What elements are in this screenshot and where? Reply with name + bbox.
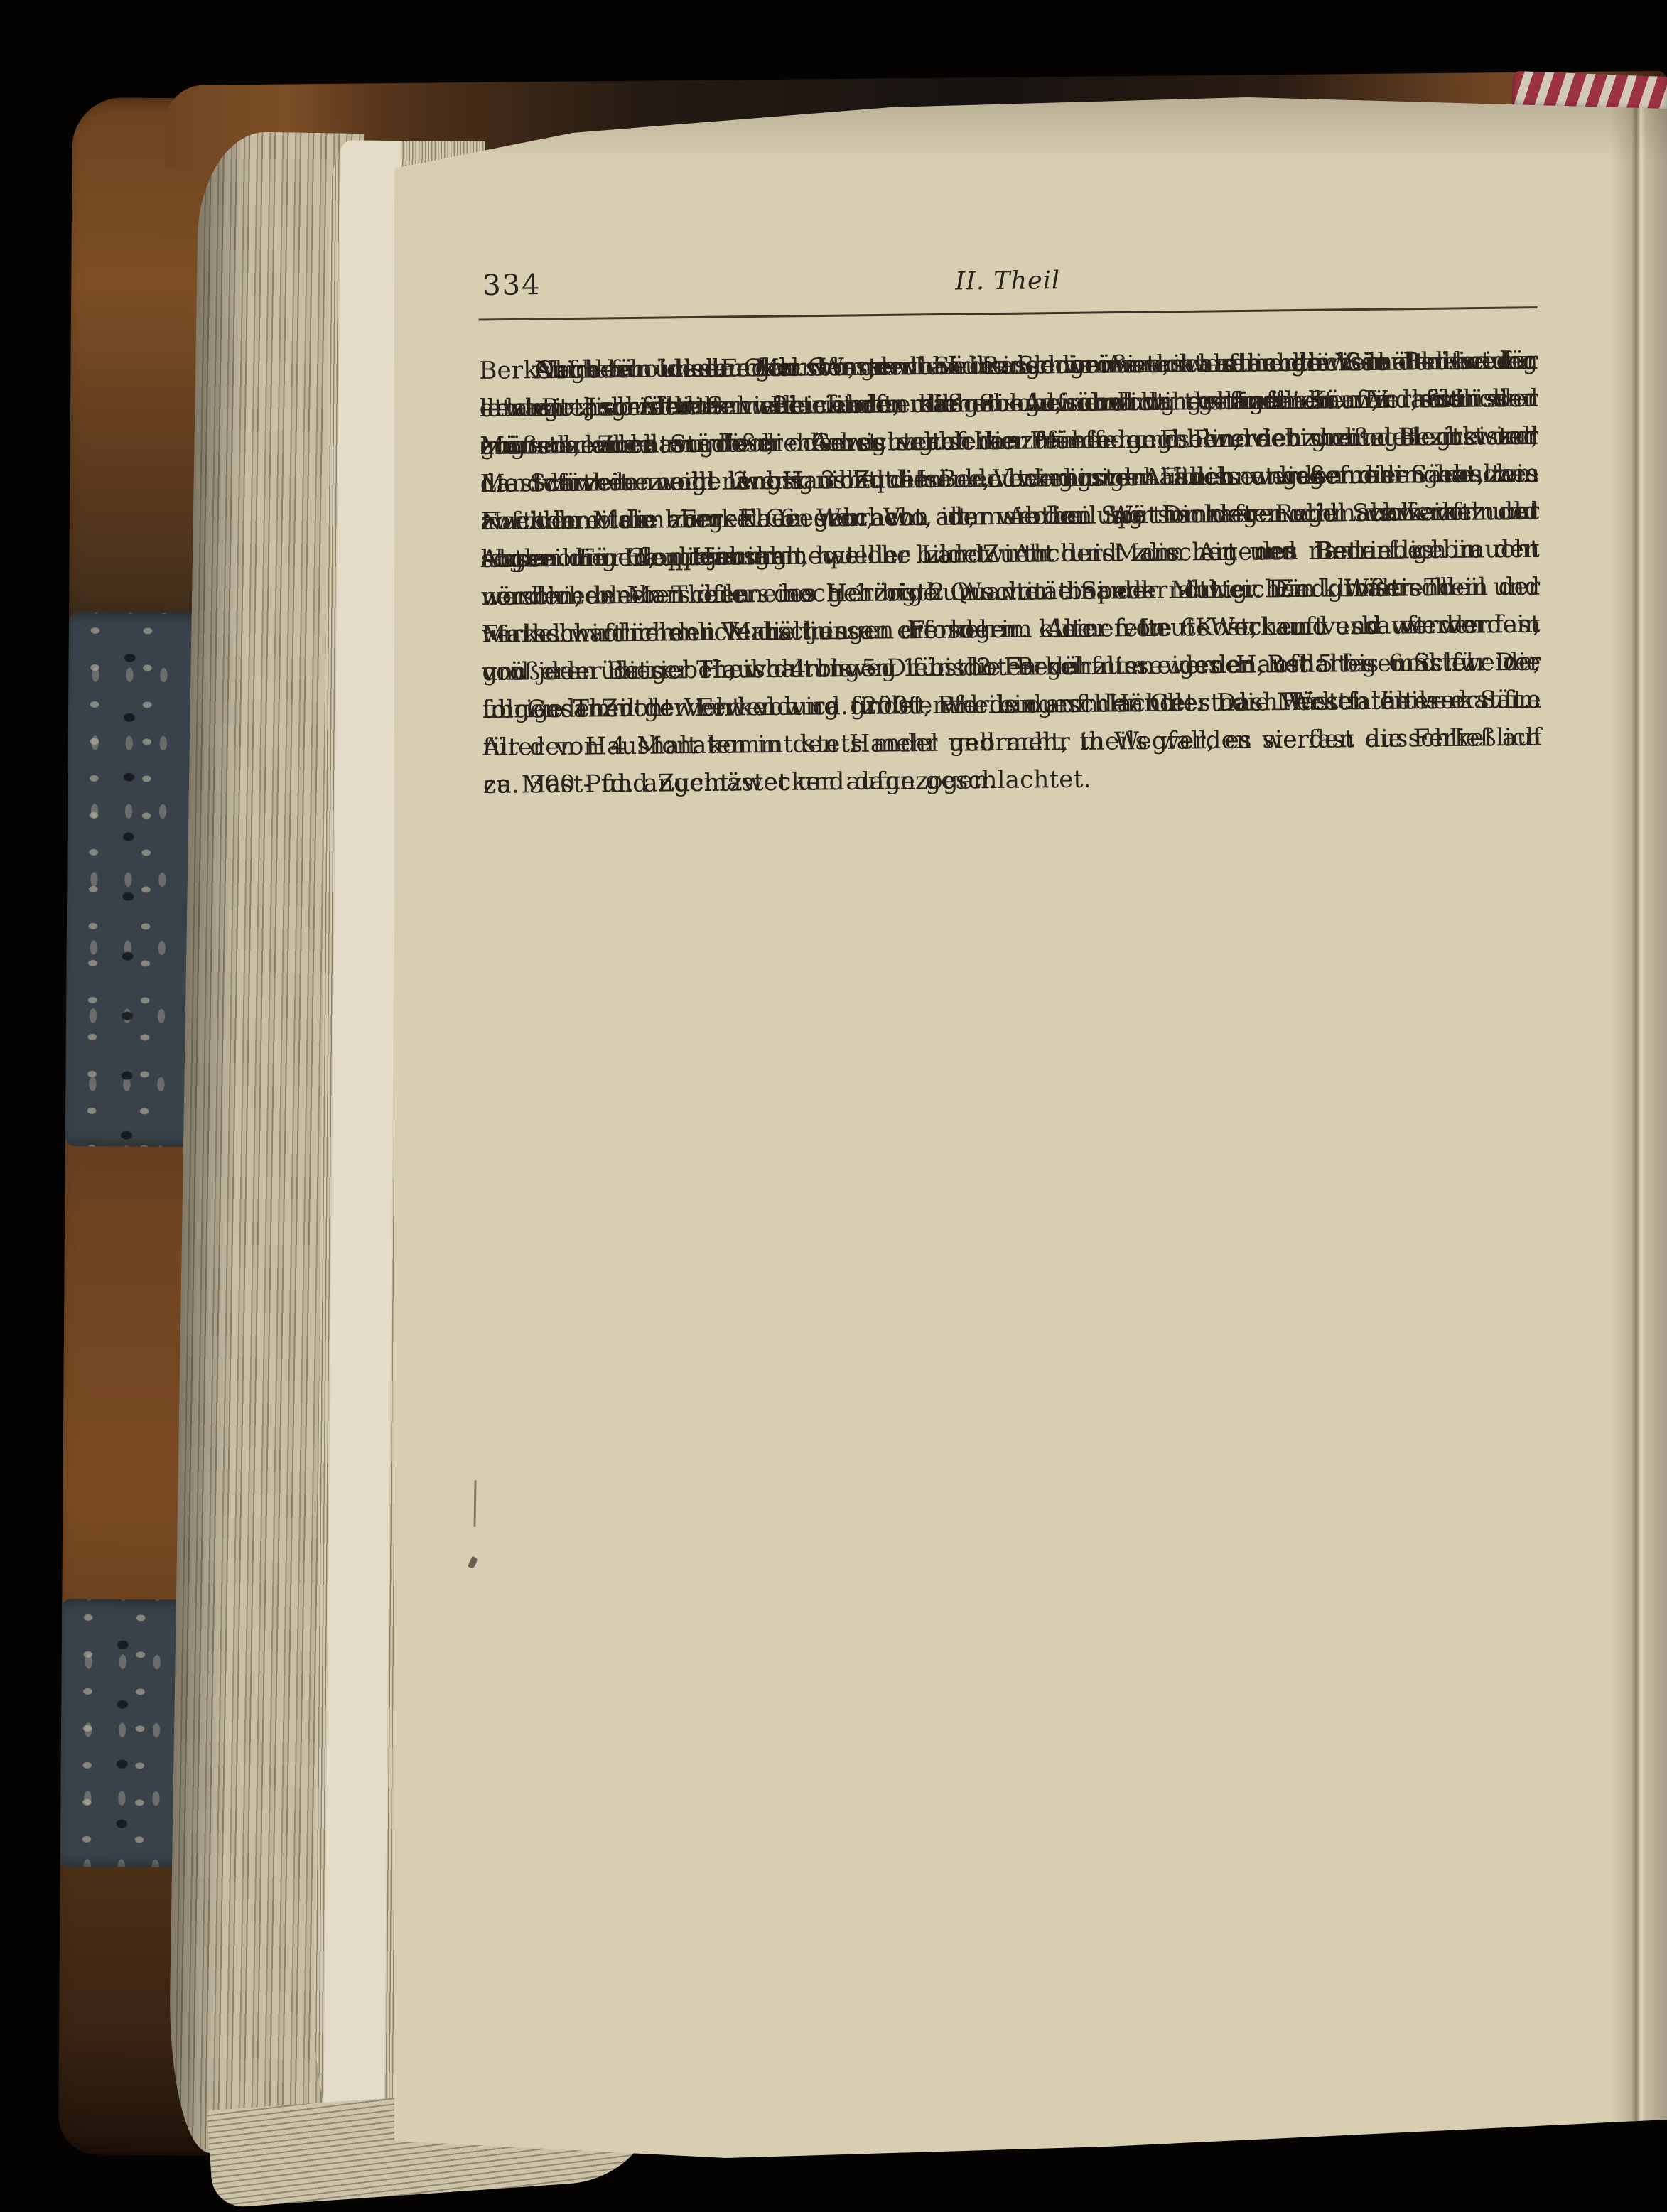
body-text: Berkshire zurückstanden. Wenn diese Rass…	[479, 342, 1538, 352]
book-photograph: 334 II. Theil Berkshire zurückstanden. W…	[0, 0, 1667, 2212]
margin-artifact-tick	[468, 1556, 478, 1569]
text-column: 334 II. Theil Berkshire zurückstanden. W…	[478, 258, 1538, 352]
margin-artifact-line	[473, 1480, 476, 1527]
gutter-fold	[1610, 89, 1667, 2164]
running-header: II. Theil	[478, 262, 1537, 301]
paragraph: Auf den oldenburger Geesten hat die Schw…	[479, 342, 1540, 578]
header-rule	[479, 306, 1538, 320]
running-head-row: 334 II. Theil	[478, 258, 1537, 309]
book-page: 334 II. Theil Berkshire zurückstanden. W…	[394, 89, 1667, 2164]
